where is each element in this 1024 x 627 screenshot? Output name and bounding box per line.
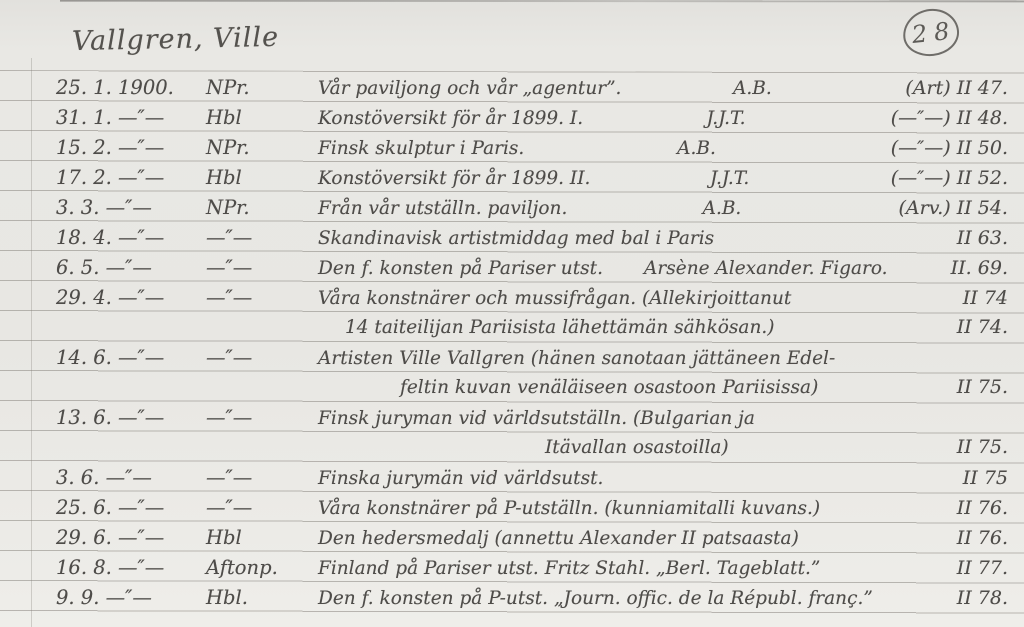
entry-date: 3. 3. —″— bbox=[56, 194, 206, 221]
entry-date: 3. 6. —″— bbox=[56, 464, 206, 491]
entry-source: NPr. bbox=[206, 194, 318, 221]
entry-source: Hbl. bbox=[206, 584, 318, 611]
entry-source: —″— bbox=[206, 254, 318, 281]
entry-date: 14. 6. —″— bbox=[56, 344, 206, 371]
entry-source: NPr. bbox=[206, 74, 318, 101]
entry-date: 9. 9. —″— bbox=[56, 584, 206, 611]
entry-continuation: feltin kuvan venäläiseen osastoon Pariis… bbox=[400, 374, 818, 401]
entry-ref: II 75. bbox=[957, 374, 1024, 401]
entry-source: Hbl bbox=[206, 164, 318, 191]
entry-source: Hbl bbox=[206, 104, 318, 131]
entry-title: Den hedersmedalj (annettu Alexander II p… bbox=[318, 525, 799, 552]
page-title: Vallgren, Ville bbox=[72, 22, 280, 57]
entry-ref: II 78. bbox=[957, 585, 1024, 612]
entry-source: —″— bbox=[206, 284, 318, 311]
entry-row: 18. 4. —″— —″— Skandinavisk artistmiddag… bbox=[0, 224, 1024, 252]
entry-ref: (—″—) II 48. bbox=[891, 105, 1024, 132]
entry-source: —″— bbox=[206, 464, 318, 491]
entry-ref: II. 69. bbox=[951, 255, 1024, 282]
page-number: 28 bbox=[910, 16, 957, 49]
entry-ref: (Art) II 47. bbox=[905, 75, 1024, 102]
entry-source: NPr. bbox=[206, 134, 318, 161]
entry-row: 9. 9. —″— Hbl. Den f. konsten på P-utst.… bbox=[0, 584, 1024, 612]
entry-date: 16. 8. —″— bbox=[56, 554, 206, 581]
entry-author: A.B. bbox=[733, 75, 794, 102]
entry-date: 25. 6. —″— bbox=[56, 494, 206, 521]
card-sheet: Vallgren, Ville 28 25. 1. 1900. NPr. Vår… bbox=[0, 0, 1024, 627]
entry-title: Våra konstnärer och mussifrågan. (Alleki… bbox=[318, 285, 791, 312]
entry-row: 31. 1. —″— Hbl Konstöversikt för år 1899… bbox=[0, 104, 1024, 132]
entry-row: 14. 6. —″— —″— Artisten Ville Vallgren (… bbox=[0, 344, 1024, 372]
entry-title: Konstöversikt för år 1899. I. bbox=[318, 105, 583, 132]
entry-row: 3. 3. —″— NPr. Från vår utställn. pavilj… bbox=[0, 194, 1024, 222]
entry-author: A.B. bbox=[677, 135, 738, 162]
entry-ref: II 76. bbox=[957, 495, 1024, 522]
entry-author: J.J.T. bbox=[706, 105, 767, 132]
entry-title: Finska jurymän vid världsutst. bbox=[318, 465, 603, 492]
entry-row: 25. 1. 1900. NPr. Vår paviljong och vår … bbox=[0, 74, 1024, 102]
entry-source: —″— bbox=[206, 224, 318, 251]
entry-source: Hbl bbox=[206, 524, 318, 551]
entry-source: —″— bbox=[206, 494, 318, 521]
entry-ref: (Arv.) II 54. bbox=[899, 195, 1024, 222]
entry-date: 15. 2. —″— bbox=[56, 134, 206, 161]
entry-row: 16. 8. —″— Aftonp. Finland på Pariser ut… bbox=[0, 554, 1024, 582]
entry-title: Finsk juryman vid världsutställn. (Bulga… bbox=[318, 405, 755, 432]
entry-date: 17. 2. —″— bbox=[56, 164, 206, 191]
entry-date: 18. 4. —″— bbox=[56, 224, 206, 251]
entry-title: Vår paviljong och vår „agentur”. bbox=[318, 75, 621, 102]
entry-ref: II 74 bbox=[963, 285, 1024, 312]
entry-title: Den f. konsten på Pariser utst. bbox=[318, 255, 603, 282]
entry-row: 25. 6. —″— —″— Våra konstnärer på P-utst… bbox=[0, 494, 1024, 522]
entry-date: 6. 5. —″— bbox=[56, 254, 206, 281]
entry-row: 6. 5. —″— —″— Den f. konsten på Pariser … bbox=[0, 254, 1024, 282]
entry-title: Våra konstnärer på P-utställn. (kunniami… bbox=[318, 495, 820, 522]
entry-author: Arsène Alexander. Figaro. bbox=[644, 255, 910, 282]
entry-title: Finsk skulptur i Paris. bbox=[318, 135, 524, 162]
entry-date: 31. 1. —″— bbox=[56, 104, 206, 131]
entry-row: 29. 4. —″— —″— Våra konstnärer och mussi… bbox=[0, 284, 1024, 312]
entry-author: J.J.T. bbox=[710, 165, 771, 192]
entry-ref: II 75. bbox=[957, 434, 1024, 461]
entry-date: 29. 6. —″— bbox=[56, 524, 206, 551]
entry-continuation-row: Itävallan osastoilla) II 75. bbox=[0, 434, 1024, 462]
entry-source: —″— bbox=[206, 344, 318, 371]
entry-date: 13. 6. —″— bbox=[56, 404, 206, 431]
entry-row: 15. 2. —″— NPr. Finsk skulptur i Paris. … bbox=[0, 134, 1024, 162]
entry-date: 25. 1. 1900. bbox=[56, 74, 206, 101]
entry-title: Artisten Ville Vallgren (hänen sanotaan … bbox=[318, 345, 835, 372]
entry-ref: II 74. bbox=[957, 314, 1024, 341]
entry-ref: II 75 bbox=[963, 465, 1024, 492]
entry-row: 29. 6. —″— Hbl Den hedersmedalj (annettu… bbox=[0, 524, 1024, 552]
entry-ref: II 63. bbox=[957, 225, 1024, 252]
entry-ref: (—″—) II 52. bbox=[891, 165, 1024, 192]
entry-row: 17. 2. —″— Hbl Konstöversikt för år 1899… bbox=[0, 164, 1024, 192]
entry-continuation-row: feltin kuvan venäläiseen osastoon Pariis… bbox=[0, 374, 1024, 402]
entry-continuation: 14 taiteilijan Pariisista lähettämän säh… bbox=[345, 314, 774, 341]
entry-title: Finland på Pariser utst. Fritz Stahl. „B… bbox=[318, 555, 820, 582]
scan-top-edge bbox=[60, 0, 1024, 2]
entry-title: Från vår utställn. paviljon. bbox=[318, 195, 567, 222]
entry-continuation-row: 14 taiteilijan Pariisista lähettämän säh… bbox=[0, 314, 1024, 342]
entry-title: Den f. konsten på P-utst. „Journ. offic.… bbox=[318, 585, 873, 612]
entry-row: 13. 6. —″— —″— Finsk juryman vid världsu… bbox=[0, 404, 1024, 432]
entry-row: 3. 6. —″— —″— Finska jurymän vid världsu… bbox=[0, 464, 1024, 492]
entry-date: 29. 4. —″— bbox=[56, 284, 206, 311]
entry-title: Skandinavisk artistmiddag med bal i Pari… bbox=[318, 225, 714, 252]
entry-author: A.B. bbox=[703, 195, 764, 222]
entry-source: —″— bbox=[206, 404, 318, 431]
entry-title: Konstöversikt för år 1899. II. bbox=[318, 165, 590, 192]
entry-source: Aftonp. bbox=[206, 554, 318, 581]
entry-ref: (—″—) II 50. bbox=[891, 135, 1024, 162]
page-number-badge: 28 bbox=[901, 6, 962, 59]
entry-ref: II 77. bbox=[957, 555, 1024, 582]
entry-ref: II 76. bbox=[957, 525, 1024, 552]
entry-continuation: Itävallan osastoilla) bbox=[545, 434, 729, 461]
